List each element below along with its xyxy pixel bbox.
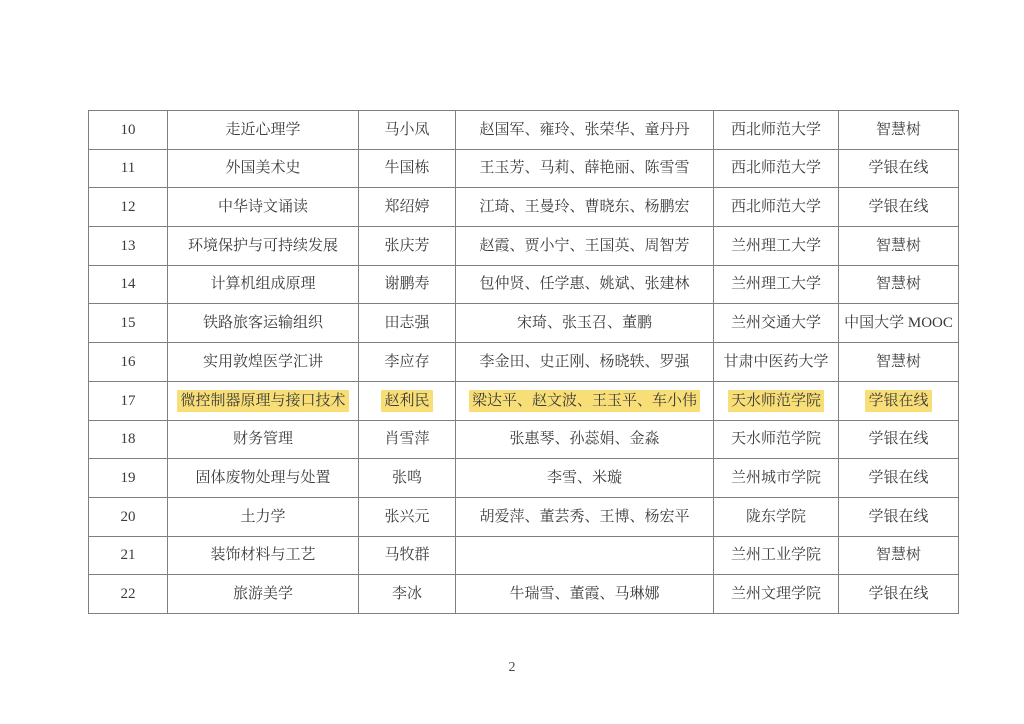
table-row: 11 外国美术史 牛国栋 王玉芳、马莉、薛艳丽、陈雪雪 西北师范大学 学银在线 — [89, 149, 959, 188]
course-name: 土力学 — [240, 507, 285, 527]
cell-leader: 李应存 — [359, 343, 456, 382]
platform-name: 智慧树 — [876, 352, 921, 372]
cell-course: 走近心理学 — [168, 111, 359, 150]
cell-course: 实用敦煌医学汇讲 — [168, 343, 359, 382]
cell-university: 天水师范学院 — [714, 420, 839, 459]
cell-platform: 智慧树 — [839, 265, 959, 304]
table-row: 12 中华诗文诵读 郑绍婷 江琦、王曼玲、曹晓东、杨鹏宏 西北师范大学 学银在线 — [89, 188, 959, 227]
cell-no: 18 — [89, 420, 168, 459]
course-name: 计算机组成原理 — [210, 274, 315, 294]
course-name: 走近心理学 — [225, 120, 300, 140]
course-name: 铁路旅客运输组织 — [203, 313, 323, 333]
row-number: 15 — [121, 313, 136, 333]
course-name: 装饰材料与工艺 — [210, 545, 315, 565]
cell-team: 李雪、米璇 — [456, 459, 714, 498]
row-number: 14 — [121, 274, 136, 294]
team-members: 牛瑞雪、董霞、马琳娜 — [509, 584, 659, 604]
cell-university: 兰州理工大学 — [714, 265, 839, 304]
cell-course: 铁路旅客运输组织 — [168, 304, 359, 343]
platform-name: 智慧树 — [876, 120, 921, 140]
platform-name: 学银在线 — [868, 507, 928, 527]
cell-course: 中华诗文诵读 — [168, 188, 359, 227]
cell-course: 固体废物处理与处置 — [168, 459, 359, 498]
cell-university: 兰州文理学院 — [714, 575, 839, 614]
cell-team: 胡爱萍、董芸秀、王博、杨宏平 — [456, 497, 714, 536]
platform-name: 学银在线 — [868, 584, 928, 604]
university-name: 兰州工业学院 — [731, 545, 821, 565]
cell-leader: 郑绍婷 — [359, 188, 456, 227]
row-number: 10 — [121, 120, 136, 140]
university-name: 西北师范大学 — [731, 158, 821, 178]
cell-leader: 田志强 — [359, 304, 456, 343]
cell-no: 22 — [89, 575, 168, 614]
platform-name: 学银在线 — [868, 468, 928, 488]
cell-leader: 赵利民 — [359, 381, 456, 420]
leader-name-highlighted: 赵利民 — [381, 390, 432, 412]
cell-platform: 智慧树 — [839, 536, 959, 575]
platform-name: 学银在线 — [868, 429, 928, 449]
row-number: 11 — [121, 158, 135, 178]
cell-university: 兰州城市学院 — [714, 459, 839, 498]
cell-university: 天水师范学院 — [714, 381, 839, 420]
university-name: 天水师范学院 — [731, 429, 821, 449]
leader-name: 李冰 — [392, 584, 422, 604]
cell-no: 17 — [89, 381, 168, 420]
cell-leader: 马小凤 — [359, 111, 456, 150]
leader-name: 张庆芳 — [384, 236, 429, 256]
cell-team: 赵霞、贾小宁、王国英、周智芳 — [456, 227, 714, 266]
cell-no: 20 — [89, 497, 168, 536]
cell-team: 包仲贤、任学惠、姚斌、张建林 — [456, 265, 714, 304]
team-members: 赵国军、雍玲、张荣华、童丹丹 — [479, 120, 689, 140]
cell-university: 西北师范大学 — [714, 111, 839, 150]
leader-name: 马小凤 — [384, 120, 429, 140]
row-number: 20 — [121, 507, 136, 527]
course-table: 10 走近心理学 马小凤 赵国军、雍玲、张荣华、童丹丹 西北师范大学 智慧树 1… — [88, 110, 959, 614]
leader-name: 张鸣 — [392, 468, 422, 488]
cell-university: 兰州工业学院 — [714, 536, 839, 575]
course-name: 中华诗文诵读 — [218, 197, 308, 217]
team-members: 宋琦、张玉召、董鹏 — [517, 313, 652, 333]
cell-leader: 张兴元 — [359, 497, 456, 536]
cell-platform: 智慧树 — [839, 111, 959, 150]
row-number: 19 — [121, 468, 136, 488]
table-row: 18 财务管理 肖雪萍 张惠琴、孙蕊娟、金淼 天水师范学院 学银在线 — [89, 420, 959, 459]
platform-name: 智慧树 — [876, 274, 921, 294]
team-members: 王玉芳、马莉、薛艳丽、陈雪雪 — [479, 158, 689, 178]
cell-team: 牛瑞雪、董霞、马琳娜 — [456, 575, 714, 614]
cell-no: 15 — [89, 304, 168, 343]
cell-no: 12 — [89, 188, 168, 227]
cell-no: 16 — [89, 343, 168, 382]
university-name: 兰州理工大学 — [731, 274, 821, 294]
leader-name: 田志强 — [384, 313, 429, 333]
team-members: 李雪、米璇 — [547, 468, 622, 488]
cell-platform: 中国大学 MOOC — [839, 304, 959, 343]
cell-leader: 李冰 — [359, 575, 456, 614]
cell-university: 兰州理工大学 — [714, 227, 839, 266]
row-number: 13 — [121, 236, 136, 256]
course-name-highlighted: 微控制器原理与接口技术 — [177, 390, 348, 412]
platform-name: 学银在线 — [868, 158, 928, 178]
row-number: 17 — [121, 391, 136, 411]
course-table-body: 10 走近心理学 马小凤 赵国军、雍玲、张荣华、童丹丹 西北师范大学 智慧树 1… — [89, 111, 959, 614]
cell-no: 11 — [89, 149, 168, 188]
cell-course: 装饰材料与工艺 — [168, 536, 359, 575]
cell-team — [456, 536, 714, 575]
cell-platform: 学银在线 — [839, 497, 959, 536]
course-name: 环境保护与可持续发展 — [188, 236, 338, 256]
cell-no: 19 — [89, 459, 168, 498]
university-name: 西北师范大学 — [731, 197, 821, 217]
cell-leader: 肖雪萍 — [359, 420, 456, 459]
course-name: 固体废物处理与处置 — [195, 468, 330, 488]
team-members: 赵霞、贾小宁、王国英、周智芳 — [479, 236, 689, 256]
cell-platform: 学银在线 — [839, 420, 959, 459]
table-row: 16 实用敦煌医学汇讲 李应存 李金田、史正刚、杨晓轶、罗强 甘肃中医药大学 智… — [89, 343, 959, 382]
table-row: 15 铁路旅客运输组织 田志强 宋琦、张玉召、董鹏 兰州交通大学 中国大学 MO… — [89, 304, 959, 343]
cell-platform: 学银在线 — [839, 459, 959, 498]
cell-course: 旅游美学 — [168, 575, 359, 614]
cell-team: 梁达平、赵文波、王玉平、车小伟 — [456, 381, 714, 420]
platform-name: 智慧树 — [876, 545, 921, 565]
university-name: 兰州城市学院 — [731, 468, 821, 488]
cell-leader: 张鸣 — [359, 459, 456, 498]
course-name: 外国美术史 — [225, 158, 300, 178]
platform-name-highlighted: 学银在线 — [865, 390, 931, 412]
cell-course: 计算机组成原理 — [168, 265, 359, 304]
course-name: 旅游美学 — [233, 584, 293, 604]
university-name: 兰州交通大学 — [731, 313, 821, 333]
leader-name: 郑绍婷 — [384, 197, 429, 217]
cell-university: 甘肃中医药大学 — [714, 343, 839, 382]
university-name: 西北师范大学 — [731, 120, 821, 140]
row-number: 16 — [121, 352, 136, 372]
row-number: 21 — [121, 545, 136, 565]
cell-leader: 张庆芳 — [359, 227, 456, 266]
cell-university: 西北师范大学 — [714, 149, 839, 188]
university-name: 兰州理工大学 — [731, 236, 821, 256]
cell-no: 21 — [89, 536, 168, 575]
platform-name: 学银在线 — [868, 197, 928, 217]
team-members: 江琦、王曼玲、曹晓东、杨鹏宏 — [479, 197, 689, 217]
team-members: 胡爱萍、董芸秀、王博、杨宏平 — [479, 507, 689, 527]
team-members: 包仲贤、任学惠、姚斌、张建林 — [479, 274, 689, 294]
university-name: 兰州文理学院 — [731, 584, 821, 604]
leader-name: 李应存 — [384, 352, 429, 372]
cell-no: 13 — [89, 227, 168, 266]
cell-leader: 马牧群 — [359, 536, 456, 575]
cell-university: 兰州交通大学 — [714, 304, 839, 343]
course-name: 实用敦煌医学汇讲 — [203, 352, 323, 372]
row-number: 22 — [121, 584, 136, 604]
team-members-highlighted: 梁达平、赵文波、王玉平、车小伟 — [469, 390, 700, 412]
cell-course: 土力学 — [168, 497, 359, 536]
table-row: 19 固体废物处理与处置 张鸣 李雪、米璇 兰州城市学院 学银在线 — [89, 459, 959, 498]
cell-leader: 牛国栋 — [359, 149, 456, 188]
table-row: 10 走近心理学 马小凤 赵国军、雍玲、张荣华、童丹丹 西北师范大学 智慧树 — [89, 111, 959, 150]
cell-course: 外国美术史 — [168, 149, 359, 188]
cell-platform: 学银在线 — [839, 149, 959, 188]
university-name: 甘肃中医药大学 — [723, 352, 828, 372]
leader-name: 马牧群 — [384, 545, 429, 565]
document-page: 10 走近心理学 马小凤 赵国军、雍玲、张荣华、童丹丹 西北师范大学 智慧树 1… — [0, 0, 1024, 724]
platform-name: 智慧树 — [876, 236, 921, 256]
cell-platform: 学银在线 — [839, 381, 959, 420]
row-number: 18 — [121, 429, 136, 449]
table-row-highlighted: 17 微控制器原理与接口技术 赵利民 梁达平、赵文波、王玉平、车小伟 天水师范学… — [89, 381, 959, 420]
leader-name: 谢鹏寿 — [384, 274, 429, 294]
cell-team: 李金田、史正刚、杨晓轶、罗强 — [456, 343, 714, 382]
row-number: 12 — [121, 197, 136, 217]
course-name: 财务管理 — [233, 429, 293, 449]
table-row: 20 土力学 张兴元 胡爱萍、董芸秀、王博、杨宏平 陇东学院 学银在线 — [89, 497, 959, 536]
leader-name: 张兴元 — [384, 507, 429, 527]
table-row: 21 装饰材料与工艺 马牧群 兰州工业学院 智慧树 — [89, 536, 959, 575]
cell-platform: 学银在线 — [839, 575, 959, 614]
page-number: 2 — [0, 660, 1024, 676]
cell-course: 微控制器原理与接口技术 — [168, 381, 359, 420]
cell-leader: 谢鹏寿 — [359, 265, 456, 304]
cell-platform: 智慧树 — [839, 227, 959, 266]
cell-team: 王玉芳、马莉、薛艳丽、陈雪雪 — [456, 149, 714, 188]
table-row: 22 旅游美学 李冰 牛瑞雪、董霞、马琳娜 兰州文理学院 学银在线 — [89, 575, 959, 614]
leader-name: 牛国栋 — [384, 158, 429, 178]
table-row: 14 计算机组成原理 谢鹏寿 包仲贤、任学惠、姚斌、张建林 兰州理工大学 智慧树 — [89, 265, 959, 304]
cell-no: 14 — [89, 265, 168, 304]
leader-name: 肖雪萍 — [384, 429, 429, 449]
university-name-highlighted: 天水师范学院 — [728, 390, 824, 412]
cell-university: 陇东学院 — [714, 497, 839, 536]
cell-no: 10 — [89, 111, 168, 150]
team-members: 张惠琴、孙蕊娟、金淼 — [509, 429, 659, 449]
cell-university: 西北师范大学 — [714, 188, 839, 227]
cell-team: 赵国军、雍玲、张荣华、童丹丹 — [456, 111, 714, 150]
team-members: 李金田、史正刚、杨晓轶、罗强 — [479, 352, 689, 372]
cell-course: 环境保护与可持续发展 — [168, 227, 359, 266]
university-name: 陇东学院 — [746, 507, 806, 527]
table-row: 13 环境保护与可持续发展 张庆芳 赵霞、贾小宁、王国英、周智芳 兰州理工大学 … — [89, 227, 959, 266]
cell-team: 张惠琴、孙蕊娟、金淼 — [456, 420, 714, 459]
cell-platform: 学银在线 — [839, 188, 959, 227]
cell-team: 江琦、王曼玲、曹晓东、杨鹏宏 — [456, 188, 714, 227]
cell-platform: 智慧树 — [839, 343, 959, 382]
platform-name: 中国大学 MOOC — [844, 313, 953, 333]
cell-team: 宋琦、张玉召、董鹏 — [456, 304, 714, 343]
cell-course: 财务管理 — [168, 420, 359, 459]
